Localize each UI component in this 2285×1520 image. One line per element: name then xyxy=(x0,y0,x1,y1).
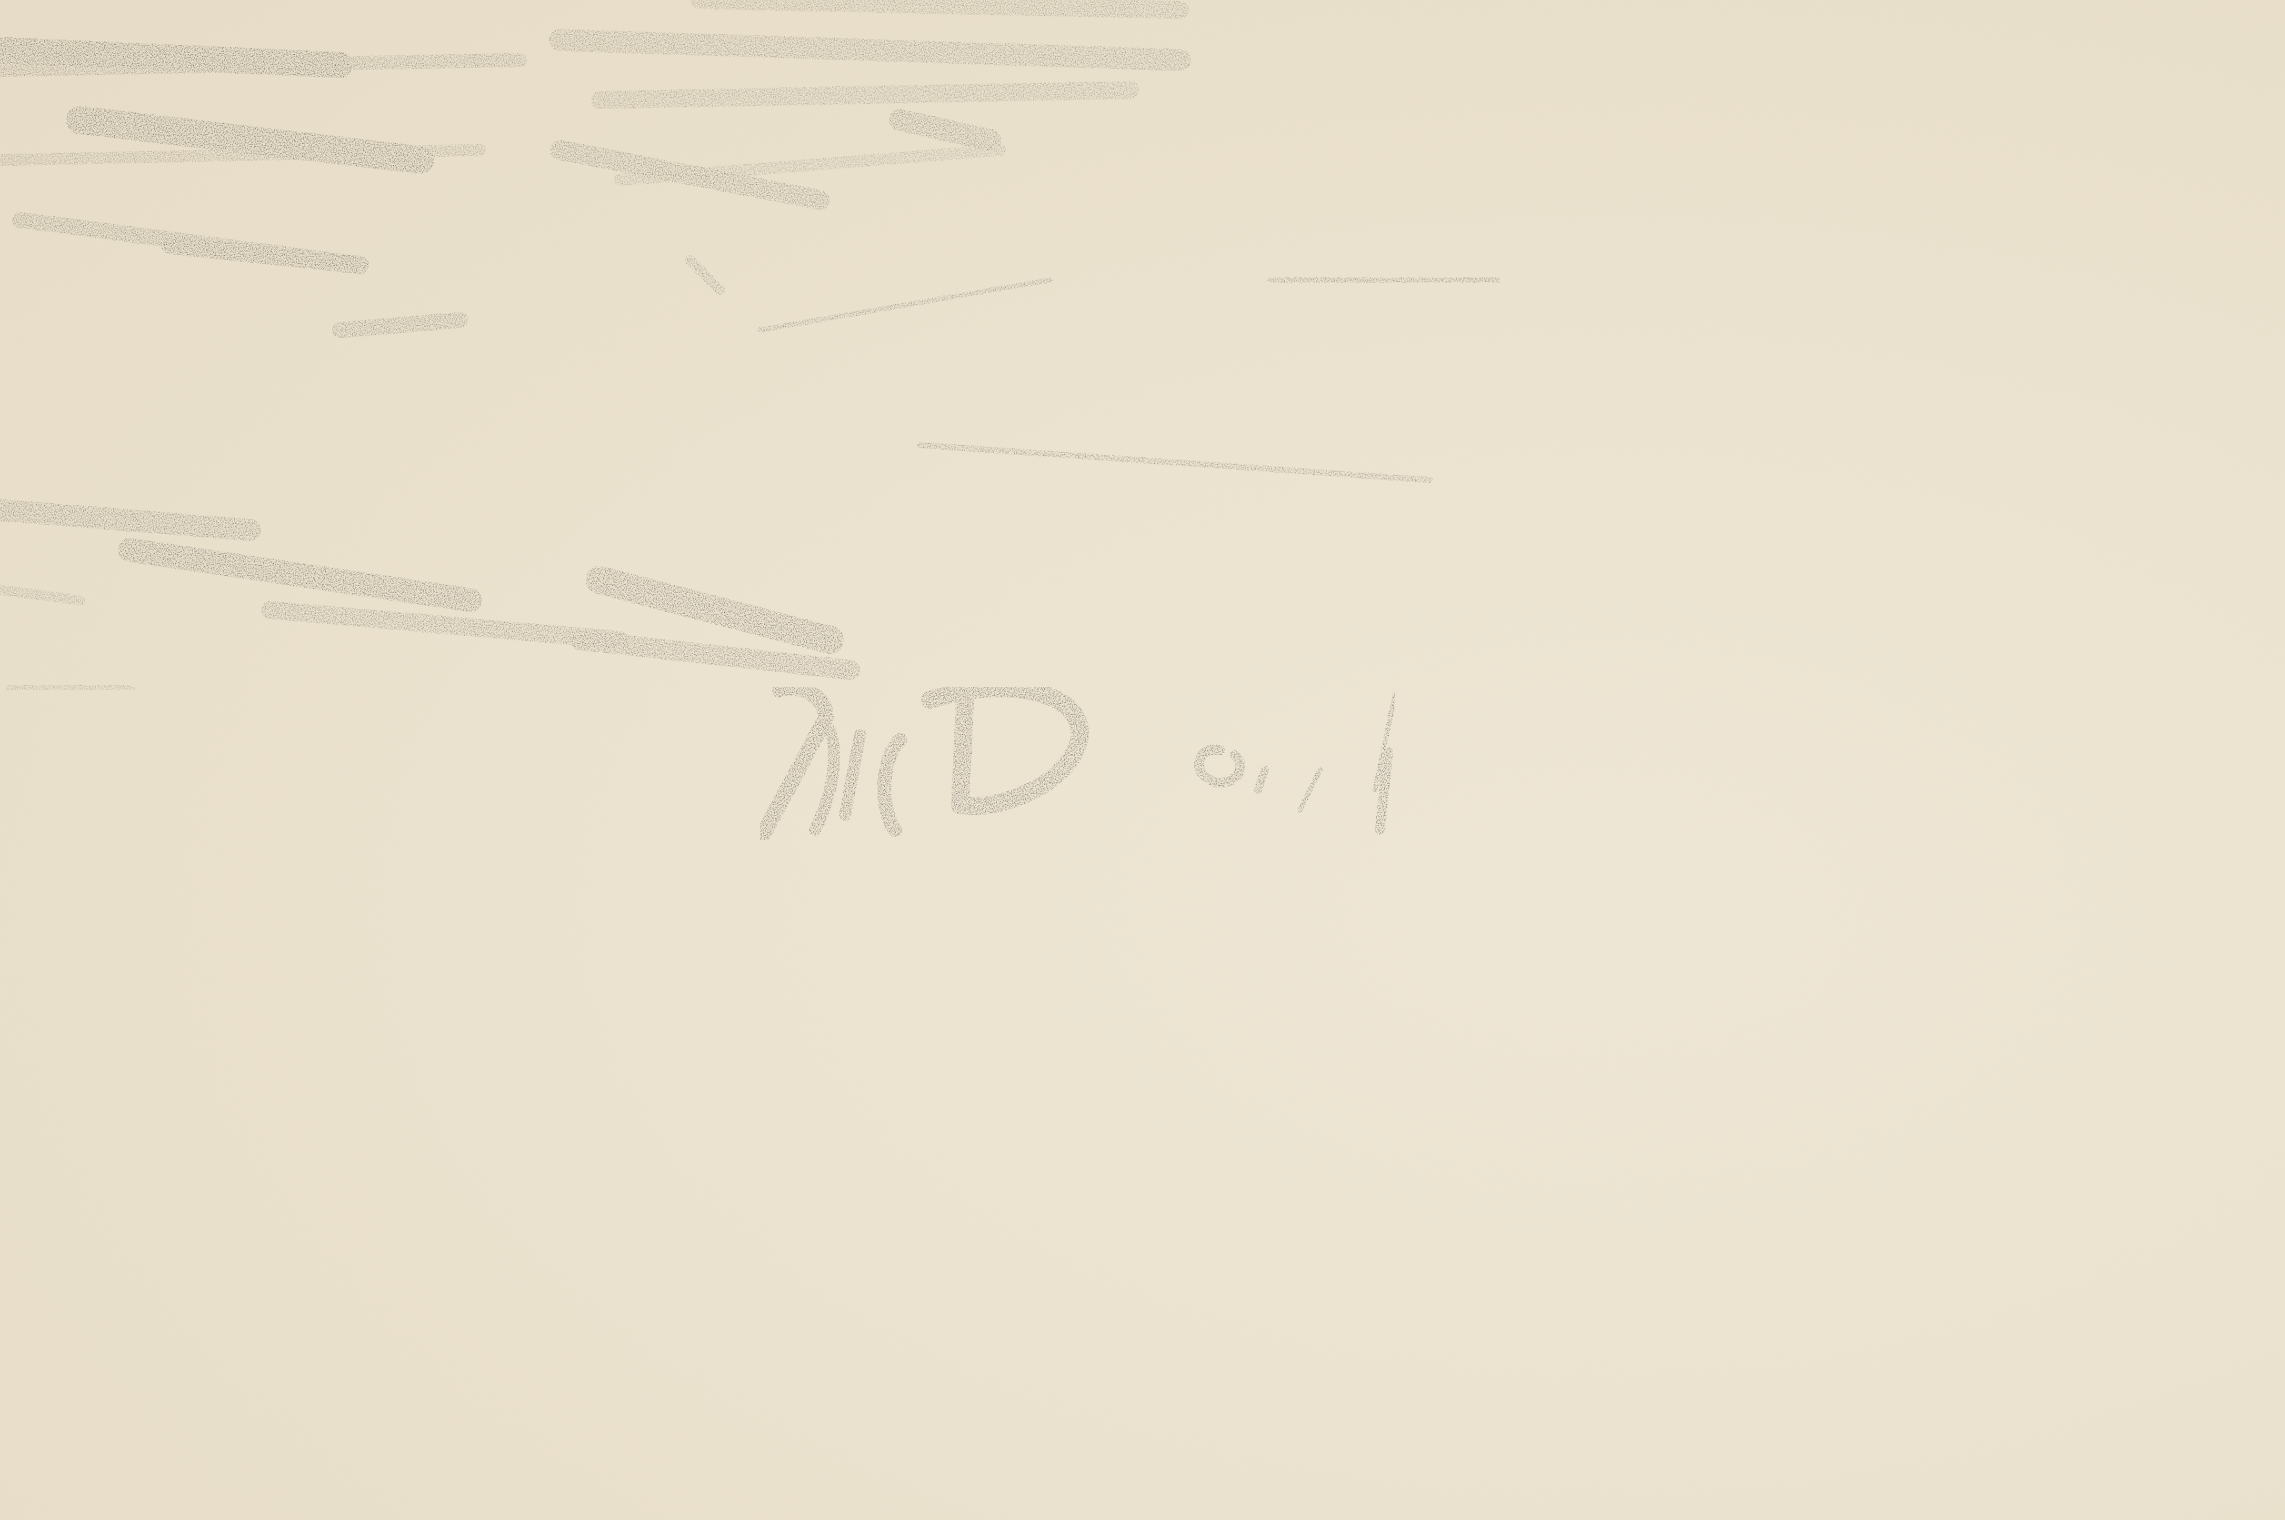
paper-texture xyxy=(0,0,2285,1520)
paper-sheet: Th. Bach xyxy=(0,0,2285,1520)
charcoal-sketch xyxy=(0,0,2285,1520)
